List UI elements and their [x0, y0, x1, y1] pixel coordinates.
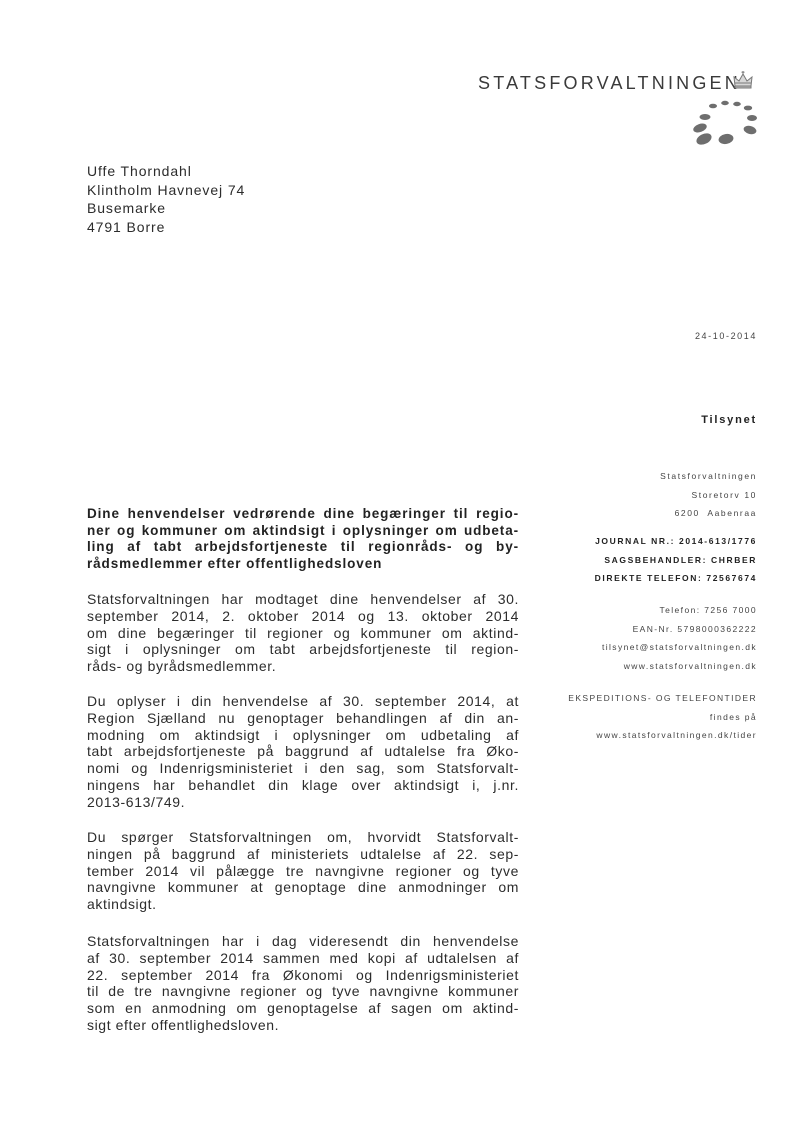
paragraph-line: råds- og byrådsmedlemmer. [87, 658, 519, 675]
body-paragraph-3: Du spørger Statsforvaltningen om, hvorvi… [87, 829, 519, 913]
paragraph-line: september 2014, 2. oktober 2014 og 13. o… [87, 608, 519, 625]
department-name: Tilsynet [701, 414, 757, 426]
body-paragraph-4: Statsforvaltningen har i dag videresendt… [87, 933, 519, 1034]
direct-phone: DIREKTE TELEFON: 72567674 [595, 569, 757, 588]
case-handler: SAGSBEHANDLER: CHRBER [595, 551, 757, 570]
body-paragraph-2: Du oplyser i din henvendelse af 30. sept… [87, 693, 519, 811]
paragraph-line: tabt arbejdsfortjeneste på baggrund af u… [87, 743, 519, 760]
paragraph-line: ningen på baggrund af ministeriets udtal… [87, 846, 519, 863]
paragraph-line: 2013-613/749. [87, 794, 519, 811]
paragraph-line: aktindsigt. [87, 896, 519, 913]
sender-address: Statsforvaltningen Storetorv 10 6200 Aab… [660, 467, 757, 523]
paragraph-line: Statsforvaltningen har modtaget dine hen… [87, 591, 519, 608]
sender-city: 6200 Aabenraa [660, 504, 757, 523]
paragraph-line: nomi og Indenrigsministeriet i den sag, … [87, 760, 519, 777]
paragraph-line: sigt i oplysninger om tabt arbejdsfortje… [87, 641, 519, 658]
ean-number: EAN-Nr. 5798000362222 [602, 620, 757, 639]
paragraph-line: modning om aktindsigt i oplysninger om u… [87, 727, 519, 744]
hours-note: findes på [568, 708, 757, 727]
recipient-locality: Busemarke [87, 199, 245, 218]
recipient-address: Uffe Thorndahl Klintholm Havnevej 74 Bus… [87, 162, 245, 236]
office-hours: EKSPEDITIONS- OG TELEFONTIDER findes på … [568, 689, 757, 745]
paragraph-line: Du spørger Statsforvaltningen om, hvorvi… [87, 829, 519, 846]
crown-icon [732, 71, 754, 89]
body-paragraph-1: Statsforvaltningen har modtaget dine hen… [87, 591, 519, 675]
paragraph-line: tember 2014 vil pålægge tre navngivne re… [87, 863, 519, 880]
email-link[interactable]: tilsynet@statsforvaltningen.dk [602, 638, 757, 657]
paragraph-line: om dine begæringer til regioner og kommu… [87, 625, 519, 642]
subject-line: ner og kommuner om aktindsigt i oplysnin… [87, 523, 519, 540]
paragraph-line: Region Sjælland nu genoptager behandling… [87, 710, 519, 727]
case-info: JOURNAL NR.: 2014-613/1776 SAGSBEHANDLER… [595, 532, 757, 588]
sender-name: Statsforvaltningen [660, 467, 757, 486]
paragraph-line: til de tre navngivne regioner og tyve na… [87, 983, 519, 1000]
paragraph-line: ningens har behandlet din klage over akt… [87, 777, 519, 794]
paragraph-line: Statsforvaltningen har i dag videresendt… [87, 933, 519, 950]
paragraph-line: som en anmodning om genoptagelse af sage… [87, 1000, 519, 1017]
recipient-name: Uffe Thorndahl [87, 162, 245, 181]
website-link[interactable]: www.statsforvaltningen.dk [602, 657, 757, 676]
letter-date: 24-10-2014 [695, 331, 757, 341]
paragraph-line: navngivne kommuner at genoptage dine anm… [87, 879, 519, 896]
contact-info: Telefon: 7256 7000 EAN-Nr. 5798000362222… [602, 601, 757, 675]
hours-heading: EKSPEDITIONS- OG TELEFONTIDER [568, 689, 757, 708]
subject-line: ling af tabt arbejdsfortjeneste til regi… [87, 539, 519, 556]
organization-logo-text: STATSFORVALTNINGEN [478, 73, 741, 94]
recipient-postal: 4791 Borre [87, 218, 245, 237]
dot-circle-emblem-icon [692, 95, 762, 145]
paragraph-line: sigt efter offentlighedsloven. [87, 1017, 519, 1034]
hours-link[interactable]: www.statsforvaltningen.dk/tider [568, 726, 757, 745]
paragraph-line: 22. september 2014 fra Økonomi og Indenr… [87, 967, 519, 984]
subject-line: rådsmedlemmer efter offentlighedsloven [87, 556, 519, 573]
phone: Telefon: 7256 7000 [602, 601, 757, 620]
subject-line: Dine henvendelser vedrørende dine begæri… [87, 506, 519, 523]
journal-number: JOURNAL NR.: 2014-613/1776 [595, 532, 757, 551]
paragraph-line: Du oplyser i din henvendelse af 30. sept… [87, 693, 519, 710]
recipient-street: Klintholm Havnevej 74 [87, 181, 245, 200]
paragraph-line: af 30. september 2014 sammen med kopi af… [87, 950, 519, 967]
sender-street: Storetorv 10 [660, 486, 757, 505]
letter-subject: Dine henvendelser vedrørende dine begæri… [87, 506, 519, 572]
